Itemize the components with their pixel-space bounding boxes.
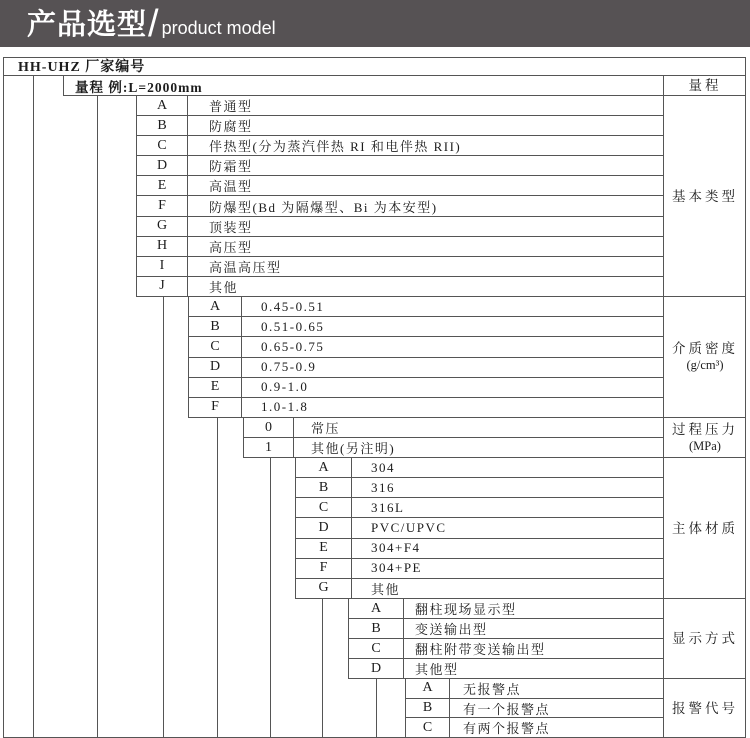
- option-code: G: [296, 579, 351, 598]
- option-row: C伴热型(分为蒸汽伴热 RI 和电伴热 RII): [137, 136, 663, 156]
- category-label-text: 报警代号: [672, 700, 738, 717]
- category-label-text: 量程: [689, 77, 722, 94]
- option-code: C: [296, 498, 351, 517]
- category-label-text: 过程压力: [672, 421, 738, 438]
- category-label-process-pressure: 过程压力(MPa): [664, 418, 746, 458]
- option-code: D: [296, 518, 351, 537]
- tree-stem-line: [33, 76, 34, 738]
- option-code: G: [137, 217, 187, 236]
- option-description: 翻柱现场显示型: [403, 599, 663, 618]
- option-code: C: [406, 718, 449, 737]
- code-column-divider: [403, 599, 404, 679]
- option-row: J其他: [137, 277, 663, 297]
- option-row: D防霜型: [137, 156, 663, 176]
- option-row: 1其他(另注明): [244, 438, 663, 458]
- option-code: H: [137, 237, 187, 256]
- option-row: A无报警点: [406, 679, 663, 699]
- option-code: F: [137, 196, 187, 215]
- option-row: E0.9-1.0: [189, 378, 663, 398]
- option-description: 翻柱附带变送输出型: [403, 639, 663, 658]
- option-row: D其他型: [349, 659, 663, 679]
- option-code: E: [189, 378, 241, 397]
- tree-stem-line: [322, 599, 323, 738]
- option-code: B: [189, 317, 241, 336]
- option-description: 防腐型: [187, 116, 663, 135]
- page-banner: 产品选型 / product model: [0, 0, 750, 47]
- option-code: F: [296, 559, 351, 578]
- option-description: 304: [351, 458, 663, 477]
- section-process-pressure: 0常压1其他(另注明): [243, 418, 663, 458]
- option-description: 普通型: [187, 96, 663, 115]
- option-row: I高温高压型: [137, 257, 663, 277]
- option-description: 伴热型(分为蒸汽伴热 RI 和电伴热 RII): [187, 136, 663, 155]
- range-row: 量程 例:L=2000mm: [63, 76, 663, 96]
- option-code: D: [349, 659, 403, 678]
- option-description: 有一个报警点: [449, 699, 663, 718]
- option-description: 0.9-1.0: [241, 378, 663, 397]
- category-label-text: 基本类型: [672, 188, 738, 205]
- option-code: 0: [244, 418, 293, 437]
- category-label-range: 量程: [664, 76, 746, 96]
- category-label-alarm-code: 报警代号: [664, 679, 746, 738]
- tree-stem-line: [270, 458, 271, 738]
- option-description: 0.75-0.9: [241, 358, 663, 377]
- option-description: 316L: [351, 498, 663, 517]
- tree-stem-line: [163, 297, 164, 738]
- section-display-mode: A翻柱现场显示型B变送输出型C翻柱附带变送输出型D其他型: [348, 599, 663, 679]
- option-description: 防霜型: [187, 156, 663, 175]
- option-row: B防腐型: [137, 116, 663, 136]
- code-column-divider: [241, 297, 242, 418]
- model-prefix-row: HH-UHZ 厂家编号: [3, 57, 746, 76]
- option-code: A: [406, 679, 449, 698]
- category-label-text: 主体材质: [672, 520, 738, 537]
- option-description: 有两个报警点: [449, 718, 663, 737]
- tree-stem-line: [97, 96, 98, 738]
- option-row: F1.0-1.8: [189, 398, 663, 418]
- tree-stem-line: [217, 418, 218, 738]
- option-description: 顶装型: [187, 217, 663, 236]
- option-code: C: [189, 337, 241, 356]
- option-row: F防爆型(Bd 为隔爆型、Bi 为本安型): [137, 196, 663, 216]
- range-row-text: 量程 例:L=2000mm: [75, 76, 203, 96]
- section-basic-type: A普通型B防腐型C伴热型(分为蒸汽伴热 RI 和电伴热 RII)D防霜型E高温型…: [136, 96, 663, 297]
- option-code: B: [349, 619, 403, 638]
- category-label-medium-density: 介质密度(g/cm³): [664, 297, 746, 418]
- option-code: B: [296, 478, 351, 497]
- option-description: 高温高压型: [187, 257, 663, 276]
- option-code: B: [137, 116, 187, 135]
- option-code: I: [137, 257, 187, 276]
- option-description: 其他: [351, 579, 663, 598]
- option-code: D: [137, 156, 187, 175]
- option-row: A翻柱现场显示型: [349, 599, 663, 619]
- option-row: G顶装型: [137, 217, 663, 237]
- option-code: C: [349, 639, 403, 658]
- option-row: E高温型: [137, 176, 663, 196]
- option-description: 其他(另注明): [293, 438, 663, 457]
- option-code: E: [137, 176, 187, 195]
- banner-title-en: product model: [162, 18, 276, 39]
- banner-slash: /: [148, 5, 159, 43]
- tree-stem-line: [376, 679, 377, 738]
- option-description: 防爆型(Bd 为隔爆型、Bi 为本安型): [187, 196, 663, 215]
- category-label-text: 介质密度: [672, 340, 738, 357]
- option-code: A: [296, 458, 351, 477]
- option-description: PVC/UPVC: [351, 518, 663, 537]
- category-label-text: 显示方式: [672, 630, 738, 647]
- section-body-material: A304B316C316LDPVC/UPVCE304+F4F304+PEG其他: [295, 458, 663, 599]
- option-description: 常压: [293, 418, 663, 437]
- option-description: 变送输出型: [403, 619, 663, 638]
- category-label-unit: (MPa): [689, 438, 721, 455]
- category-label-body-material: 主体材质: [664, 458, 746, 599]
- category-label-basic-type: 基本类型: [664, 96, 746, 297]
- code-column-divider: [293, 418, 294, 458]
- option-description: 304+F4: [351, 539, 663, 558]
- option-description: 1.0-1.8: [241, 398, 663, 417]
- option-code: D: [189, 358, 241, 377]
- banner-title-zh: 产品选型: [27, 2, 147, 43]
- option-code: 1: [244, 438, 293, 457]
- section-alarm-code: A无报警点B有一个报警点C有两个报警点: [405, 679, 663, 738]
- option-row: C翻柱附带变送输出型: [349, 639, 663, 659]
- option-row: H高压型: [137, 237, 663, 257]
- option-row: A普通型: [137, 96, 663, 116]
- category-label-display-mode: 显示方式: [664, 599, 746, 679]
- option-row: B有一个报警点: [406, 699, 663, 719]
- code-column-divider: [351, 458, 352, 599]
- option-row: B变送输出型: [349, 619, 663, 639]
- option-description: 304+PE: [351, 559, 663, 578]
- option-code: A: [189, 297, 241, 316]
- option-description: 无报警点: [449, 679, 663, 698]
- option-code: C: [137, 136, 187, 155]
- category-label-column: 量程基本类型介质密度(g/cm³)过程压力(MPa)主体材质显示方式报警代号: [663, 76, 746, 738]
- option-row: D0.75-0.9: [189, 358, 663, 378]
- model-prefix-text: HH-UHZ 厂家编号: [18, 56, 145, 76]
- option-row: A0.45-0.51: [189, 297, 663, 317]
- option-row: 0常压: [244, 418, 663, 438]
- section-medium-density: A0.45-0.51B0.51-0.65C0.65-0.75D0.75-0.9E…: [188, 297, 663, 418]
- option-code: J: [137, 277, 187, 296]
- category-label-unit: (g/cm³): [686, 357, 723, 374]
- option-row: C有两个报警点: [406, 718, 663, 738]
- option-code: F: [189, 398, 241, 417]
- code-column-divider: [449, 679, 450, 738]
- option-description: 其他型: [403, 659, 663, 678]
- option-description: 其他: [187, 277, 663, 296]
- option-description: 高温型: [187, 176, 663, 195]
- option-row: B0.51-0.65: [189, 317, 663, 337]
- option-code: B: [406, 699, 449, 718]
- option-description: 316: [351, 478, 663, 497]
- option-code: A: [349, 599, 403, 618]
- option-description: 0.65-0.75: [241, 337, 663, 356]
- option-code: E: [296, 539, 351, 558]
- option-code: A: [137, 96, 187, 115]
- option-description: 高压型: [187, 237, 663, 256]
- option-description: 0.51-0.65: [241, 317, 663, 336]
- option-row: C0.65-0.75: [189, 337, 663, 357]
- code-column-divider: [187, 96, 188, 297]
- option-description: 0.45-0.51: [241, 297, 663, 316]
